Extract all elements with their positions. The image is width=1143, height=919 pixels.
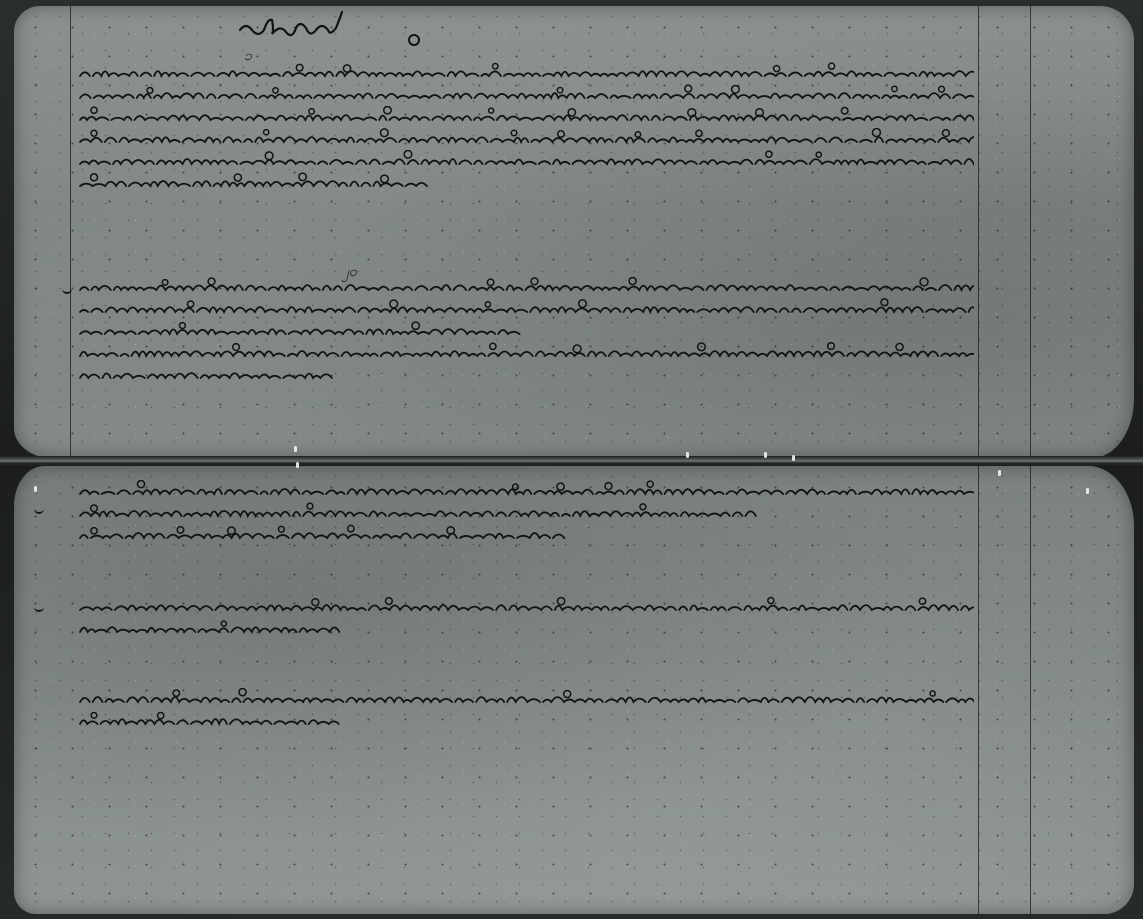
paragraph-5: [handwritten Burmese line 1 — illegible]… — [74, 688, 974, 732]
handwriting-stroke — [74, 480, 964, 502]
text-line: [handwritten Burmese line 5 — illegible] — [74, 364, 974, 386]
scan-artifact — [998, 470, 1001, 476]
manuscript-heading: ဗုဒ္ဓံ သရဏံ (heading, illegible) — [232, 8, 432, 48]
margin-rule-right-inner — [978, 466, 979, 914]
manuscript-panel-bottom: [handwritten Burmese line 1 — illegible]… — [14, 466, 1134, 914]
margin-rule-right-outer — [1030, 466, 1031, 914]
handwriting-stroke — [74, 320, 504, 342]
handwriting-stroke — [74, 128, 974, 150]
text-line: [handwritten Burmese line 3 — illegible] — [74, 524, 974, 546]
text-line: [handwritten Burmese line 1 — illegible] — [74, 480, 974, 502]
handwriting-stroke — [74, 172, 414, 194]
paragraph-3: [handwritten Burmese line 1 — illegible]… — [74, 480, 974, 546]
paragraph-marker — [34, 506, 44, 514]
text-line: [handwritten Burmese line 2 — illegible] — [74, 298, 974, 320]
handwriting-stroke — [74, 502, 724, 524]
scan-artifact — [792, 455, 795, 461]
text-line: [handwritten Burmese line 3 — illegible] — [74, 320, 974, 342]
handwriting-stroke — [74, 298, 954, 320]
scan-artifact — [34, 486, 37, 492]
scan-artifact — [764, 452, 767, 458]
handwriting-stroke — [74, 618, 334, 640]
handwriting-stroke — [74, 524, 544, 546]
scan-artifact — [296, 462, 299, 468]
text-line: [handwritten Burmese line 2 — illegible] — [74, 710, 974, 732]
handwriting-stroke — [74, 688, 974, 710]
text-line: [handwritten Burmese line 2 — illegible] — [74, 502, 974, 524]
manuscript-panel-top: ဗုဒ္ဓံ သရဏံ (heading, illegible) ၁ [hand… — [14, 6, 1134, 458]
handwriting-stroke — [74, 596, 964, 618]
paragraph-1: [handwritten Burmese line 1 — illegible]… — [74, 62, 974, 194]
handwriting-stroke — [74, 62, 974, 84]
paragraph-marker — [34, 604, 44, 612]
handwriting-stroke — [74, 364, 324, 386]
handwriting-stroke — [74, 276, 964, 298]
text-line: [handwritten Burmese line 2 — illegible] — [74, 618, 974, 640]
paragraph-4: [handwritten Burmese line 1 — illegible]… — [74, 596, 974, 640]
margin-rule-left — [70, 6, 71, 458]
text-line: [handwritten Burmese line 6 — illegible] — [74, 172, 974, 194]
text-line: [handwritten Burmese line 1 — illegible] — [74, 276, 974, 298]
text-line: [handwritten Burmese line 3 — illegible] — [74, 106, 974, 128]
text-line: [handwritten Burmese line 1 — illegible] — [74, 62, 974, 84]
scan-artifact — [294, 446, 297, 452]
paragraph-2: [handwritten Burmese line 1 — illegible]… — [74, 276, 974, 386]
handwriting-stroke — [74, 150, 944, 172]
text-line: [handwritten Burmese line 4 — illegible] — [74, 128, 974, 150]
text-line: [handwritten Burmese line 4 — illegible] — [74, 342, 974, 364]
text-line: [handwritten Burmese line 5 — illegible] — [74, 150, 974, 172]
handwriting-stroke — [74, 84, 974, 106]
text-line: [handwritten Burmese line 2 — illegible] — [74, 84, 974, 106]
handwriting-stroke — [74, 106, 974, 128]
scan-artifact — [686, 452, 689, 458]
handwriting-stroke — [74, 710, 324, 732]
margin-rule-right-outer — [1030, 6, 1031, 458]
text-line: [handwritten Burmese line 1 — illegible] — [74, 596, 974, 618]
scan-artifact — [1086, 488, 1089, 494]
text-line: [handwritten Burmese line 1 — illegible] — [74, 688, 974, 710]
margin-rule-right-inner — [978, 6, 979, 458]
handwriting-stroke — [74, 342, 974, 364]
